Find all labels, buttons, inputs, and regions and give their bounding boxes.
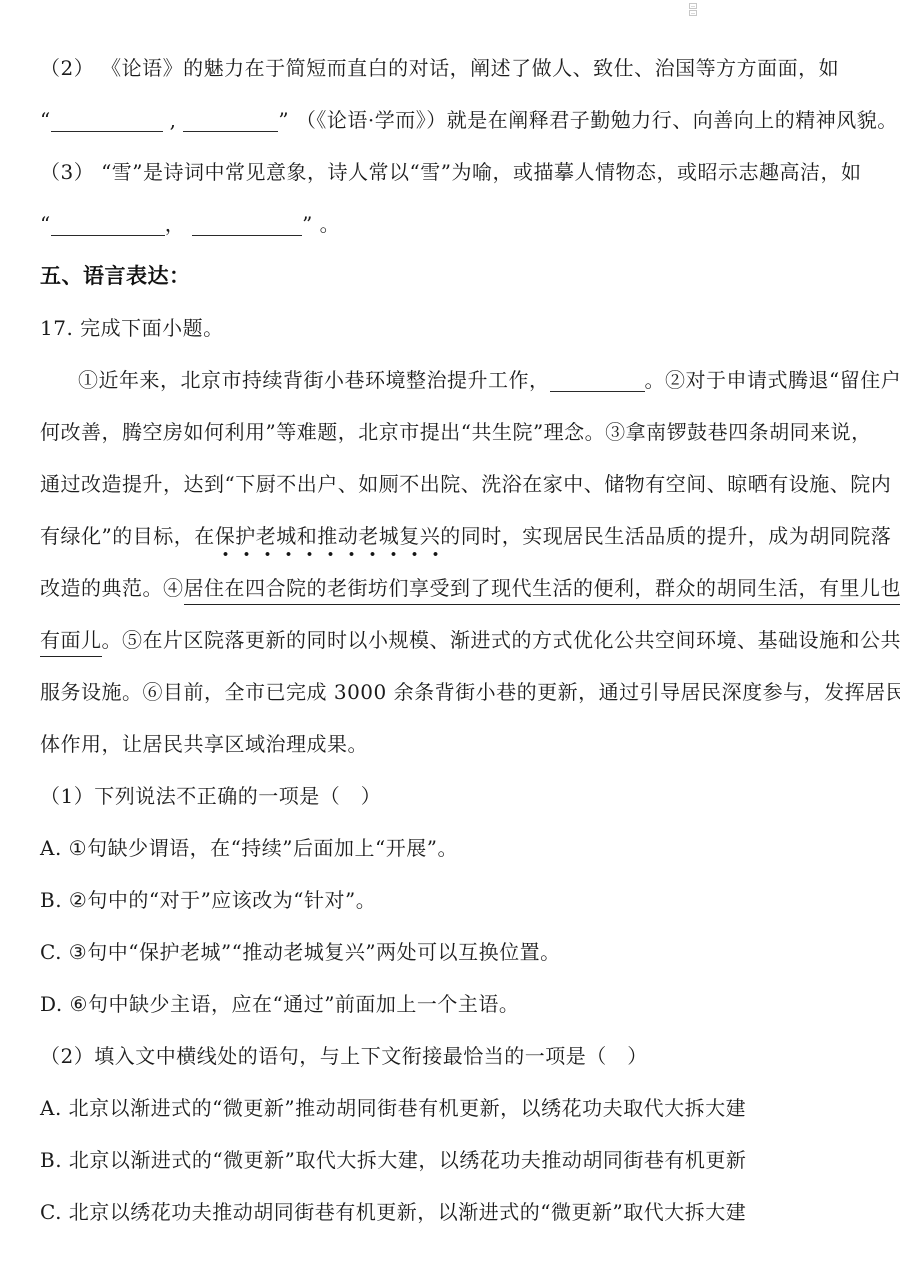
q17-2-option-a: A. 北京以渐进式的“微更新”推动胡同街巷有机更新，以绣花功夫取代大拆大建	[40, 1092, 882, 1124]
q17-1-option-b: B. ②句中的“对于”应该改为“针对”。	[40, 884, 882, 916]
text-run: ” 。	[302, 212, 340, 236]
scan-artifact-mark	[689, 10, 697, 16]
answer-blank	[550, 375, 645, 392]
passage-line-7: 服务设施。⑥目前，全市已完成 3000 余条背街小巷的更新，通过引导居民深度参与…	[40, 676, 882, 708]
text-run: “	[40, 108, 51, 132]
text-run: 体作用，让居民共享区域治理成果。	[40, 732, 368, 756]
q17-1-option-d: D. ⑥句中缺少主语，应在“通过”前面加上一个主语。	[40, 988, 882, 1020]
passage-line-6: 有面儿。⑤在片区院落更新的同时以小规模、渐进式的方式优化公共空间环境、基础设施和…	[40, 624, 882, 656]
text-run: 服务设施。⑥目前，全市已完成 3000 余条背街小巷的更新，通过引导居民深度参与…	[40, 680, 900, 704]
text-run: 改造的典范。④	[40, 576, 184, 600]
scan-artifact	[689, 3, 699, 16]
section-5-header: 五、语言表达：	[40, 260, 882, 292]
text-run: （2）填入文中横线处的语句，与上下文衔接最恰当的一项是（ ）	[40, 1044, 648, 1068]
text-run: （2） 《论语》的魅力在于简短而直白的对话，阐述了做人、致仕、治国等方方面面，如	[40, 56, 839, 80]
q17-1-stem: （1）下列说法不正确的一项是（ ）	[40, 780, 882, 812]
q17-1-option-c: C. ③句中“保护老城”“推动老城复兴”两处可以互换位置。	[40, 936, 882, 968]
emphasis-dotted-text: 保护老城和推动老城复兴	[215, 524, 441, 557]
text-run: “	[40, 212, 51, 236]
text-run: ” （《论语·学而》）就是在阐释君子勤勉力行、向善向上的精神风貌。	[278, 108, 897, 132]
question-3-blanks: “， ” 。	[40, 208, 882, 240]
question-2-blanks: “ , ” （《论语·学而》）就是在阐释君子勤勉力行、向善向上的精神风貌。	[40, 104, 882, 136]
text-run: D. ⑥句中缺少主语，应在“通过”前面加上一个主语。	[40, 992, 519, 1016]
passage-line-1: ①近年来，北京市持续背街小巷环境整治提升工作，。②对于申请式腾退“留住户如	[40, 364, 882, 396]
underlined-text: 居住在四合院的老街坊们享受到了现代生活的便利，群众的胡同生活，有里儿也	[184, 576, 900, 605]
text-run: C. 北京以绣花功夫推动胡同街巷有机更新，以渐进式的“微更新”取代大拆大建	[40, 1200, 746, 1224]
text-run: 通过改造提升，达到“下厨不出户、如厕不出院、洗浴在家中、储物有空间、晾晒有设施、…	[40, 472, 891, 496]
text-run: ①近年来，北京市持续背街小巷环境整治提升工作，	[78, 368, 550, 392]
answer-blank	[192, 219, 302, 236]
scan-artifact-mark	[689, 3, 697, 9]
text-run: 有绿化”的目标，在	[40, 524, 215, 548]
text-run: ,	[163, 108, 184, 132]
text-run: 。②对于申请式腾退“留住户如	[645, 368, 900, 392]
passage-line-8: 体作用，让居民共享区域治理成果。	[40, 728, 882, 760]
q17-2-option-b: B. 北京以渐进式的“微更新”取代大拆大建，以绣花功夫推动胡同街巷有机更新	[40, 1144, 882, 1176]
text-run: B. ②句中的“对于”应该改为“针对”。	[40, 888, 376, 912]
text-run: ，	[165, 212, 192, 236]
q17-1-option-a: A. ①句缺少谓语，在“持续”后面加上“开展”。	[40, 832, 882, 864]
q17-number: 17. 完成下面小题。	[40, 312, 882, 344]
text-run: 17. 完成下面小题。	[40, 316, 224, 340]
q17-2-stem: （2）填入文中横线处的语句，与上下文衔接最恰当的一项是（ ）	[40, 1040, 882, 1072]
passage-line-5: 改造的典范。④居住在四合院的老街坊们享受到了现代生活的便利，群众的胡同生活，有里…	[40, 572, 882, 604]
underlined-text: 有面儿	[40, 628, 102, 657]
passage-line-4: 有绿化”的目标，在保护老城和推动老城复兴的同时，实现居民生活品质的提升，成为胡同…	[40, 520, 882, 552]
passage-line-2: 何改善，腾空房如何利用”等难题，北京市提出“共生院”理念。③拿南锣鼓巷四条胡同来…	[40, 416, 882, 448]
document-body: （2） 《论语》的魅力在于简短而直白的对话，阐述了做人、致仕、治国等方方面面，如…	[0, 0, 900, 1228]
text-run: 五、语言表达：	[40, 264, 191, 288]
answer-blank	[51, 115, 163, 132]
q17-2-option-c: C. 北京以绣花功夫推动胡同街巷有机更新，以渐进式的“微更新”取代大拆大建	[40, 1196, 882, 1228]
text-run: （1）下列说法不正确的一项是（ ）	[40, 784, 381, 808]
text-run: A. ①句缺少谓语，在“持续”后面加上“开展”。	[40, 836, 458, 860]
text-run: C. ③句中“保护老城”“推动老城复兴”两处可以互换位置。	[40, 940, 561, 964]
text-run: 何改善，腾空房如何利用”等难题，北京市提出“共生院”理念。③拿南锣鼓巷四条胡同来…	[40, 420, 872, 444]
text-run: （3） “雪”是诗词中常见意象，诗人常以“雪”为喻，或描摹人情物态，或昭示志趣高…	[40, 160, 861, 184]
question-3-text: （3） “雪”是诗词中常见意象，诗人常以“雪”为喻，或描摹人情物态，或昭示志趣高…	[40, 156, 882, 188]
answer-blank	[51, 219, 165, 236]
question-2-text: （2） 《论语》的魅力在于简短而直白的对话，阐述了做人、致仕、治国等方方面面，如	[40, 52, 882, 84]
exam-paper-page: （2） 《论语》的魅力在于简短而直白的对话，阐述了做人、致仕、治国等方方面面，如…	[0, 0, 900, 1271]
passage-line-3: 通过改造提升，达到“下厨不出户、如厕不出院、洗浴在家中、储物有空间、晾晒有设施、…	[40, 468, 882, 500]
text-run: A. 北京以渐进式的“微更新”推动胡同街巷有机更新，以绣花功夫取代大拆大建	[40, 1096, 746, 1120]
text-run: 的同时，实现居民生活品质的提升，成为胡同院落	[440, 524, 891, 548]
text-run: B. 北京以渐进式的“微更新”取代大拆大建，以绣花功夫推动胡同街巷有机更新	[40, 1148, 746, 1172]
text-run: 。⑤在片区院落更新的同时以小规模、渐进式的方式优化公共空间环境、基础设施和公共	[102, 628, 900, 652]
answer-blank	[183, 115, 278, 132]
